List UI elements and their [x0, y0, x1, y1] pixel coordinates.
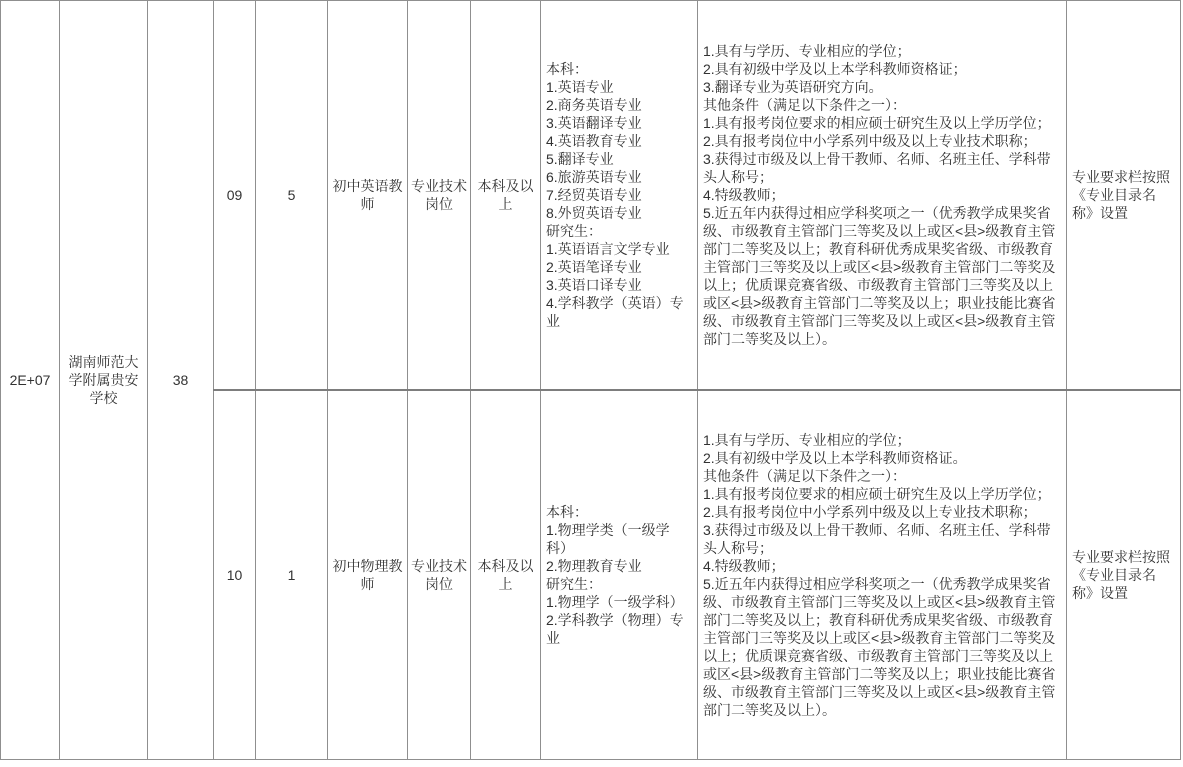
- remark-cell: 专业要求栏按照《专业目录名称》设置: [1067, 1, 1181, 390]
- majors-cell: 本科： 1.物理学类（一级学科） 2.物理教育专业 研究生： 1.物理学（一级学…: [541, 390, 698, 760]
- headcount-cell: 5: [256, 1, 328, 390]
- majors-cell: 本科： 1.英语专业 2.商务英语专业 3.英语翻译专业 4.英语教育专业 5.…: [541, 1, 698, 390]
- total-headcount-cell: 38: [148, 1, 214, 760]
- post-code-cell: 10: [214, 390, 256, 760]
- unit-code-cell: 2E+07: [1, 1, 60, 760]
- post-type-cell: 专业技术岗位: [408, 1, 471, 390]
- headcount-cell: 1: [256, 390, 328, 760]
- post-type-cell: 专业技术岗位: [408, 390, 471, 760]
- table-row-english-teacher: 2E+07 湖南师范大学附属贵安学校 38 09 5 初中英语教师 专业技术岗位…: [1, 1, 1181, 390]
- recruitment-table: 2E+07 湖南师范大学附属贵安学校 38 09 5 初中英语教师 专业技术岗位…: [0, 0, 1181, 760]
- school-name-cell: 湖南师范大学附属贵安学校: [60, 1, 148, 760]
- post-name-cell: 初中英语教师: [328, 1, 408, 390]
- post-code-cell: 09: [214, 1, 256, 390]
- post-name-cell: 初中物理教师: [328, 390, 408, 760]
- recruitment-table-sheet: 2E+07 湖南师范大学附属贵安学校 38 09 5 初中英语教师 专业技术岗位…: [0, 0, 1183, 767]
- remark-cell: 专业要求栏按照《专业目录名称》设置: [1067, 390, 1181, 760]
- other-requirements-cell: 1.具有与学历、专业相应的学位； 2.具有初级中学及以上本学科教师资格证。 其他…: [698, 390, 1067, 760]
- education-requirement-cell: 本科及以上: [471, 1, 541, 390]
- other-requirements-cell: 1.具有与学历、专业相应的学位； 2.具有初级中学及以上本学科教师资格证； 3.…: [698, 1, 1067, 390]
- education-requirement-cell: 本科及以上: [471, 390, 541, 760]
